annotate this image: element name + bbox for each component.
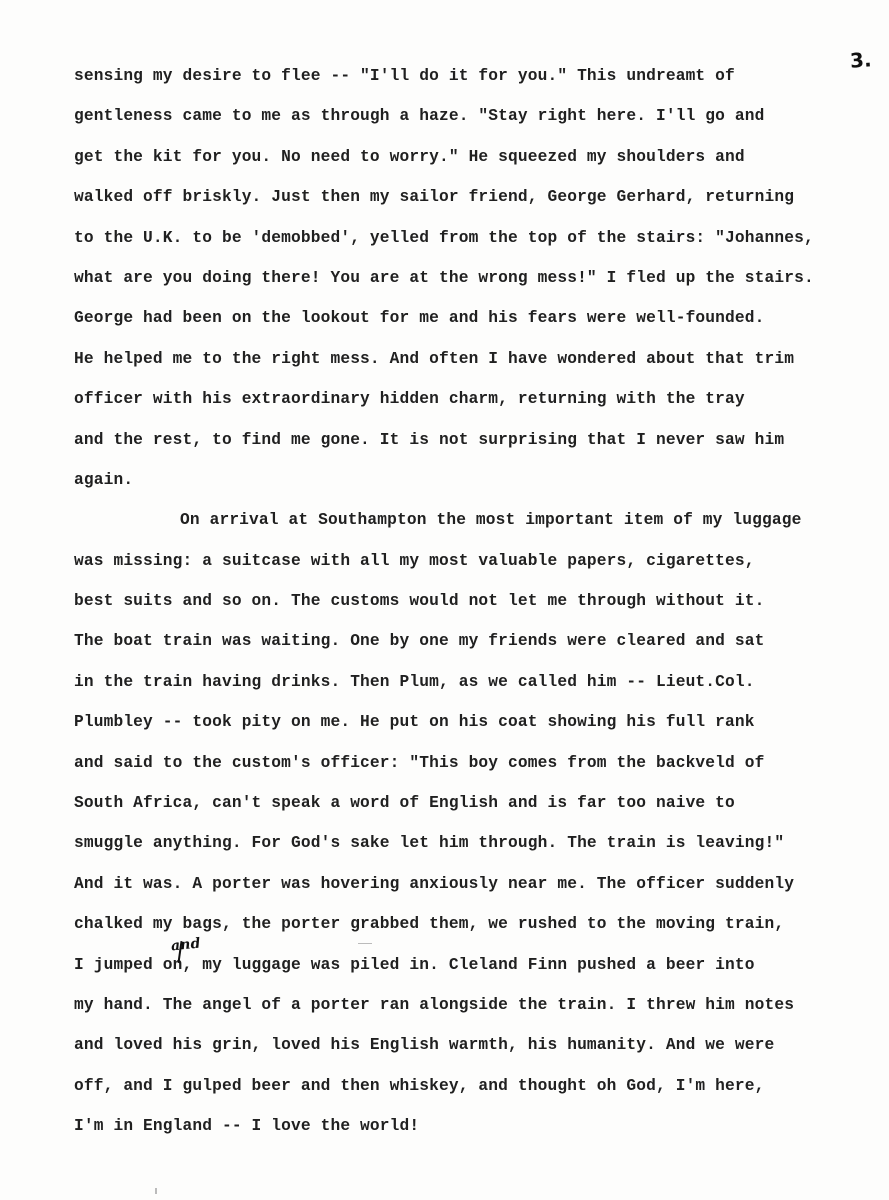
text-line: gentleness came to me as through a haze.… bbox=[74, 102, 874, 142]
text-line: off, and I gulped beer and then whiskey,… bbox=[74, 1072, 874, 1112]
text-line: get the kit for you. No need to worry." … bbox=[74, 143, 874, 183]
text-line: in the train having drinks. Then Plum, a… bbox=[74, 668, 874, 708]
paragraph-2: On arrival at Southampton the most impor… bbox=[74, 506, 874, 1152]
text-line: and loved his grin, loved his English wa… bbox=[74, 1031, 874, 1071]
text-line: best suits and so on. The customs would … bbox=[74, 587, 874, 627]
text-line: I'm in England -- I love the world! bbox=[74, 1112, 874, 1152]
text-line: Plumbley -- took pity on me. He put on h… bbox=[74, 708, 874, 748]
handwritten-insertion: and bbox=[169, 929, 201, 960]
annotated-text-line: I jumped on,and my luggage was piled in.… bbox=[74, 951, 874, 991]
typewritten-text: sensing my desire to flee -- "I'll do it… bbox=[74, 62, 874, 1153]
corrected-word: on,and bbox=[163, 951, 193, 979]
line-start: I jumped bbox=[74, 956, 163, 974]
text-line: South Africa, can't speak a word of Engl… bbox=[74, 789, 874, 829]
text-line: officer with his extraordinary hidden ch… bbox=[74, 385, 874, 425]
text-line: was missing: a suitcase with all my most… bbox=[74, 547, 874, 587]
text-line: And it was. A porter was hovering anxiou… bbox=[74, 870, 874, 910]
text-line: and the rest, to find me gone. It is not… bbox=[74, 426, 874, 466]
paragraph-1: sensing my desire to flee -- "I'll do it… bbox=[74, 62, 874, 506]
text-line: The boat train was waiting. One by one m… bbox=[74, 627, 874, 667]
text-line: He helped me to the right mess. And ofte… bbox=[74, 345, 874, 385]
paper-speck bbox=[155, 1188, 157, 1194]
text-line: again. bbox=[74, 466, 874, 506]
text-line: and said to the custom's officer: "This … bbox=[74, 749, 874, 789]
text-line: what are you doing there! You are at the… bbox=[74, 264, 874, 304]
paper-speck bbox=[358, 943, 372, 944]
text-line: smuggle anything. For God's sake let him… bbox=[74, 829, 874, 869]
text-line: George had been on the lookout for me an… bbox=[74, 304, 874, 344]
line-end: my luggage was piled in. Cleland Finn pu… bbox=[192, 956, 754, 974]
text-line: sensing my desire to flee -- "I'll do it… bbox=[74, 62, 874, 102]
text-line: On arrival at Southampton the most impor… bbox=[74, 506, 874, 546]
text-line: to the U.K. to be 'demobbed', yelled fro… bbox=[74, 224, 874, 264]
text-line: walked off briskly. Just then my sailor … bbox=[74, 183, 874, 223]
document-page: 3. sensing my desire to flee -- "I'll do… bbox=[0, 0, 889, 1200]
text-line: my hand. The angel of a porter ran along… bbox=[74, 991, 874, 1031]
